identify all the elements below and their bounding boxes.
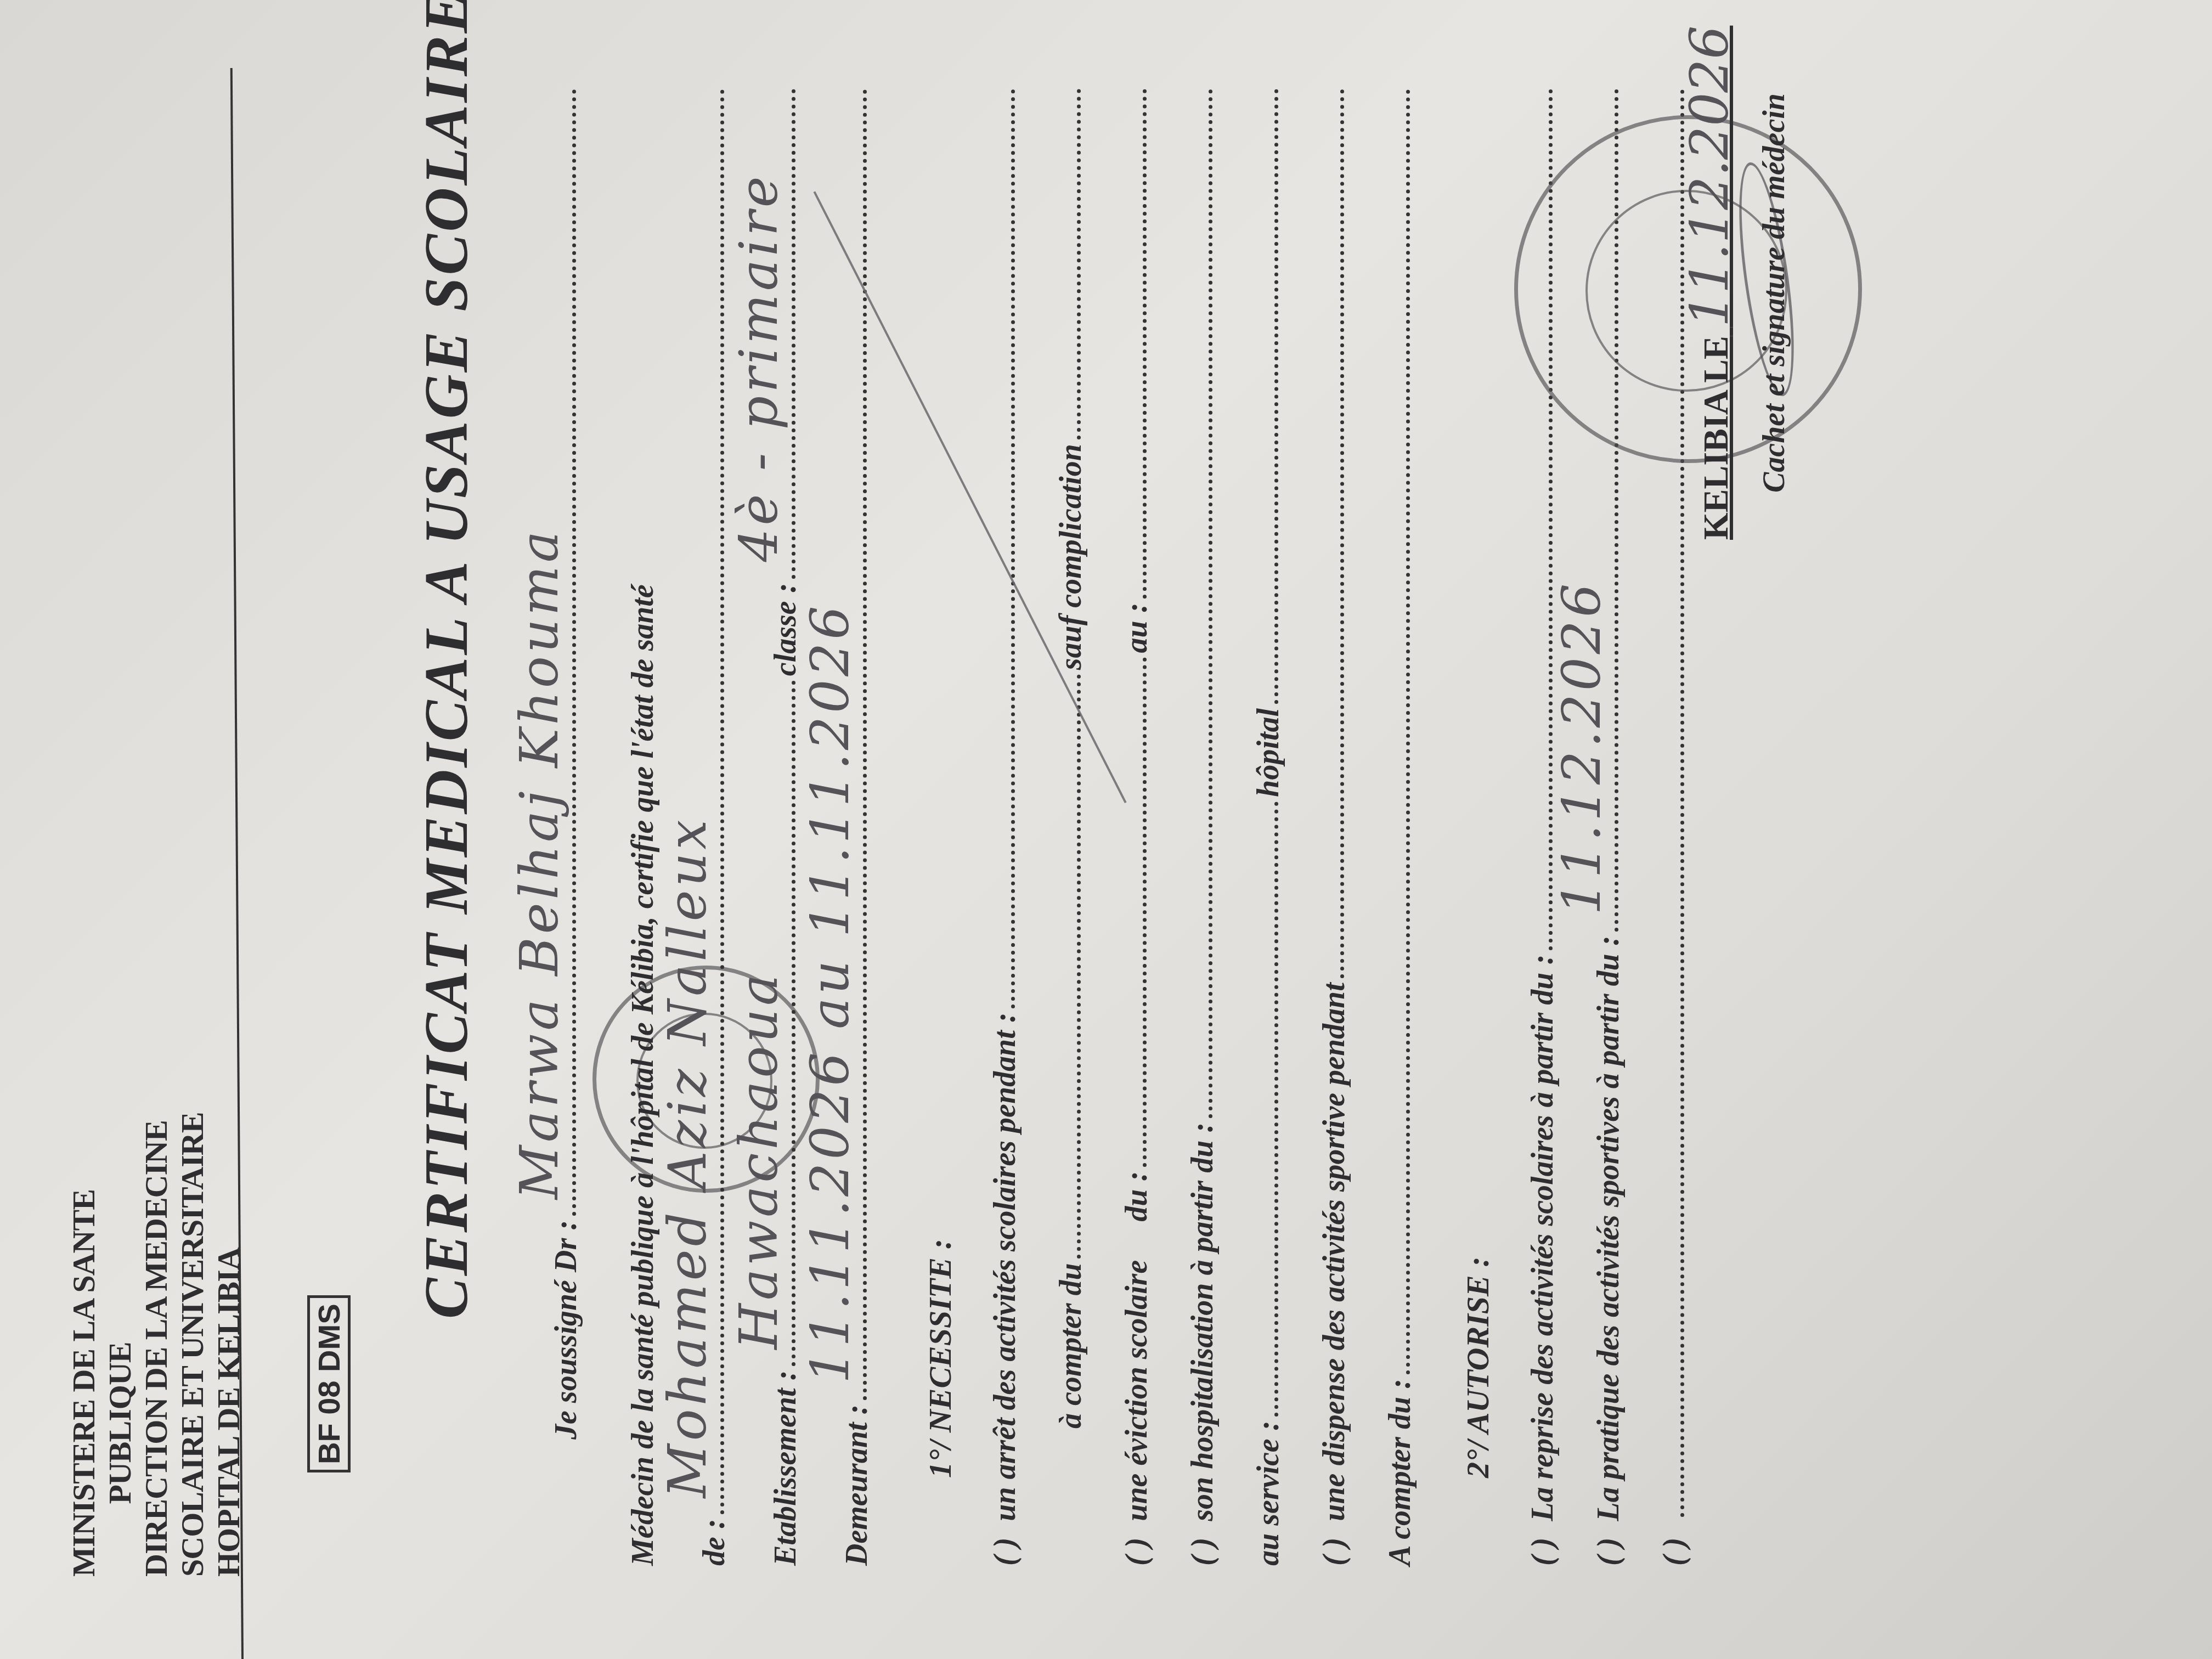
- hopital-field[interactable]: [1269, 89, 1278, 704]
- necessite-item-eviction: ( ) une éviction scolaire du : au :: [1119, 84, 1154, 1566]
- residence-line: Demeurant : 11.11.2026 au 11.11.2026: [839, 84, 874, 1566]
- hospitalisation-field[interactable]: [1203, 89, 1212, 1118]
- header-line-ministry: MINISTERE DE LA SANTE: [66, 1269, 102, 1577]
- service-field[interactable]: [1269, 802, 1278, 1417]
- a-compter-field[interactable]: [1071, 674, 1081, 1259]
- institution-header: MINISTERE DE LA SANTE PUBLIQUE DIRECTION…: [66, 1269, 247, 1577]
- employer-line: Médecin de la santé publique à l'hôpital…: [625, 84, 661, 1566]
- dispense-field[interactable]: [1335, 89, 1344, 978]
- patient-line: de : Mohamed Aziz Nalleux: [697, 84, 732, 1566]
- school-line: Etablissement : Hawachaoua classe : 4è -…: [768, 84, 803, 1566]
- necessite-item-arret: ( ) un arrêt des activités scolaires pen…: [988, 84, 1023, 1566]
- header-line-public: PUBLIQUE: [102, 1269, 138, 1577]
- checkbox-dispense[interactable]: ( ): [1317, 1538, 1352, 1566]
- necessite-item-service: au service : hôpital: [1251, 84, 1286, 1566]
- header-line-direction: DIRECTION DE LA MEDECINE: [138, 1269, 174, 1577]
- sauf-complication-field[interactable]: [1071, 89, 1081, 439]
- patient-name-value: Mohamed Aziz Nalleux: [657, 816, 718, 1498]
- eviction-from-field[interactable]: [1137, 657, 1147, 1167]
- section-necessite-title: 1°/ NECESSITE :: [922, 1239, 958, 1478]
- residence-value: 11.11.2026 au 11.11.2026: [799, 603, 861, 1384]
- section-autorise-title: 2°/ AUTORISE :: [1459, 1256, 1496, 1478]
- class-value: 4è - primaire: [728, 173, 789, 562]
- patient-label: de :: [697, 1519, 732, 1566]
- hopital-label: hôpital: [1251, 708, 1286, 797]
- school-field[interactable]: Hawachaoua: [786, 680, 795, 1366]
- checkbox-eviction[interactable]: ( ): [1119, 1538, 1154, 1566]
- service-label: au service :: [1251, 1421, 1286, 1566]
- certificate-title: CERTIFICAT MEDICAL A USAGE SCOLAIRE: [411, 57, 482, 1319]
- necessite-item-a-compter-du: A compter du :: [1383, 84, 1418, 1566]
- class-field[interactable]: 4è - primaire: [786, 89, 795, 579]
- doctor-name-value: Marwa Belhaj Khouma: [509, 528, 570, 1199]
- patient-name-field[interactable]: Mohamed Aziz Nalleux: [715, 89, 724, 1514]
- necessite-item-dispense: ( ) une dispense des activités sportive …: [1317, 84, 1352, 1566]
- dispense-label: une dispense des activités sportive pend…: [1317, 983, 1352, 1521]
- residence-label: Demeurant :: [839, 1404, 874, 1566]
- signature-block: KELIBIA LE 11.12.2026 Cachet et signatur…: [1679, 46, 1792, 540]
- pratique-label: La pratique des activités sportives à pa…: [1591, 936, 1626, 1521]
- form-reference-code: BF 08 DMS: [307, 1296, 351, 1473]
- arret-label: un arrêt des activités scolaires pendant…: [988, 1013, 1023, 1521]
- reprise-label: La reprise des activités scolaires à par…: [1525, 955, 1560, 1521]
- eviction-to-label: au :: [1119, 603, 1154, 653]
- school-label: Etablissement :: [768, 1370, 803, 1566]
- a-compter-du-label: A compter du :: [1383, 1379, 1418, 1566]
- a-compter-label: à compter du: [1053, 1263, 1088, 1429]
- place-date-value: 11.12.2026: [1679, 26, 1740, 328]
- header-line-scolaire: SCOLAIRE ET UNIVERSITAIRE: [174, 1269, 211, 1577]
- place-date: KELIBIA LE 11.12.2026: [1679, 46, 1740, 540]
- a-compter-du-field[interactable]: [1401, 89, 1410, 1374]
- doctor-line: Je soussigné Dr : Marwa Belhaj Khouma: [549, 84, 584, 1440]
- hospitalisation-label: son hospitalisation à partir du :: [1185, 1122, 1220, 1521]
- employer-text: Médecin de la santé publique à l'hôpital…: [625, 584, 661, 1566]
- eviction-to-field[interactable]: [1137, 89, 1147, 599]
- checkbox-pratique[interactable]: ( ): [1591, 1538, 1626, 1566]
- checkbox-hospitalisation[interactable]: ( ): [1185, 1538, 1220, 1566]
- doctor-name-field[interactable]: Marwa Belhaj Khouma: [567, 89, 576, 1216]
- arret-field[interactable]: [1006, 89, 1015, 1008]
- doctor-label: Je soussigné Dr :: [549, 1220, 584, 1440]
- checkbox-reprise[interactable]: ( ): [1525, 1538, 1560, 1566]
- sauf-complication-text: sauf complication: [1053, 444, 1088, 670]
- place-date-label: KELIBIA LE: [1696, 336, 1735, 540]
- eviction-label: une éviction scolaire du :: [1119, 1171, 1154, 1521]
- pratique-value: 11.12.2026: [1551, 580, 1612, 915]
- checkbox-other[interactable]: ( ): [1657, 1538, 1692, 1566]
- checkbox-arret[interactable]: ( ): [988, 1538, 1023, 1566]
- necessite-item-a-compter: à compter du sauf complication: [1053, 84, 1088, 1429]
- class-label: classe :: [768, 583, 803, 676]
- signature-caption: Cachet et signature du médecin: [1757, 46, 1792, 540]
- medical-certificate-page: MINISTERE DE LA SANTE PUBLIQUE DIRECTION…: [0, 0, 2212, 1659]
- necessite-item-hospitalisation: ( ) son hospitalisation à partir du :: [1185, 84, 1220, 1566]
- school-value: Hawachaoua: [728, 971, 789, 1350]
